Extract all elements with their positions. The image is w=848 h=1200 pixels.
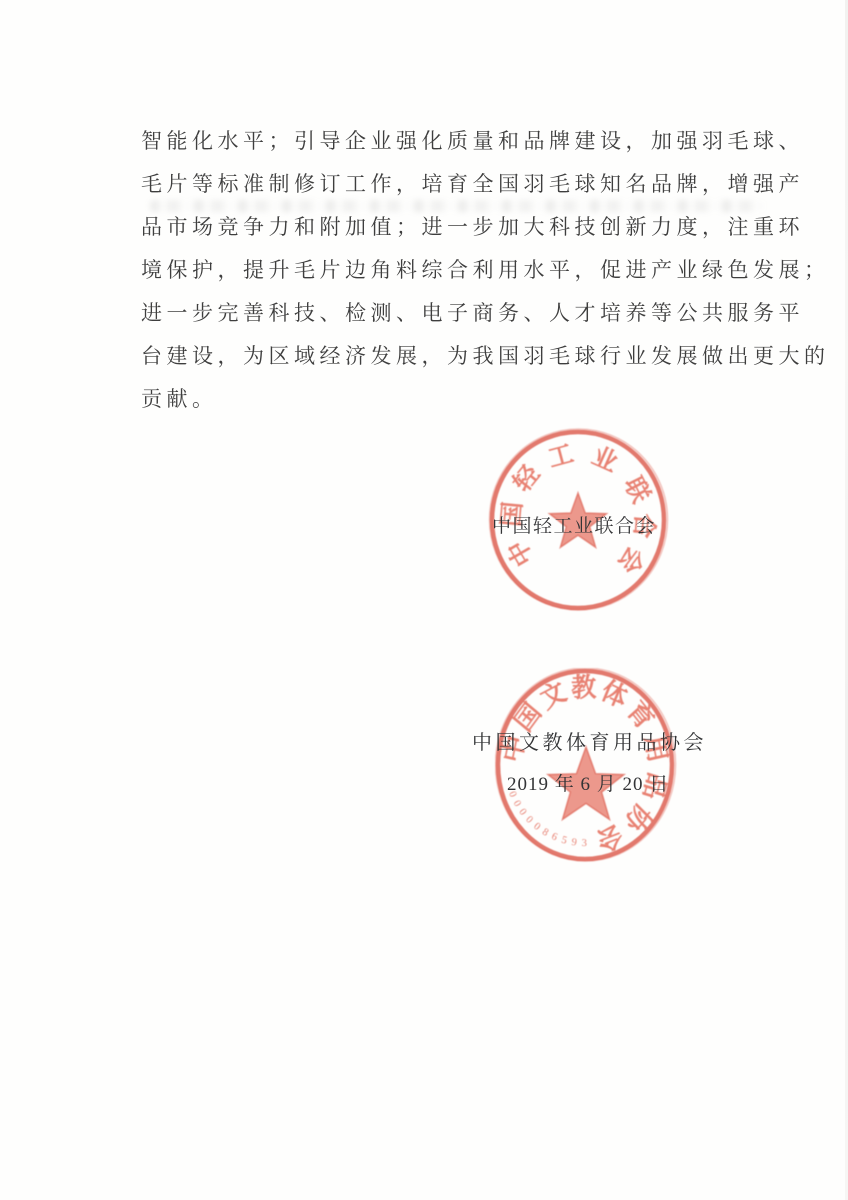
paragraph-line: 进一步完善科技、检测、电子商务、人才培养等公共服务平 [141, 292, 821, 335]
seal-arc-char: 中 [502, 535, 539, 571]
seal-serial-digit: 3 [582, 838, 587, 849]
seal-arc-char: 联 [619, 473, 655, 508]
seal-serial-digit: 0 [516, 807, 528, 818]
paragraph-line: 台建设，为区域经济发展，为我国羽毛球行业发展做出更大的 [141, 335, 821, 378]
seal-arc-char: 业 [588, 442, 622, 478]
seal-arc-char: 教 [571, 673, 597, 703]
body-paragraph: 智能化水平；引导企业强化质量和品牌建设，加强羽毛球、 毛片等标准制修订工作，培育… [141, 120, 821, 421]
seal-arc-char: 工 [545, 440, 576, 473]
seal-serial-digit: 8 [540, 827, 550, 839]
seal-serial-digit: 0 [531, 821, 542, 833]
scan-ghost-artifact [150, 200, 765, 212]
document-page: 智能化水平；引导企业强化质量和品牌建设，加强羽毛球、 毛片等标准制修订工作，培育… [0, 0, 848, 1200]
seal-arc-char: 协 [618, 798, 656, 839]
seal-serial-digit: 0 [523, 814, 535, 825]
paragraph-line: 境保护，提升毛片边角料综合利用水平，促进产业绿色发展； [141, 249, 821, 292]
stationery-sporting-goods-association-seal: 中 国 文 教 体 育 用 品 协 会 0 0 0 0 0 8 6 5 9 3 [495, 668, 677, 864]
signature-stationery-association: 中国文教体育用品协会 [472, 726, 707, 755]
paragraph-line: 品市场竞争力和附加值；进一步加大科技创新力度，注重环 [141, 206, 821, 249]
seal-serial-digit: 0 [511, 799, 523, 809]
signature-date: 2019 年 6 月 20 日 [507, 769, 669, 796]
paragraph-line: 智能化水平；引导企业强化质量和品牌建设，加强羽毛球、 [141, 120, 821, 163]
seal-serial-digit: 6 [550, 831, 559, 843]
signature-light-industry-council: 中国轻工业联合会 [492, 511, 656, 538]
seal-serial-digit: 5 [560, 835, 568, 847]
paragraph-line: 贡献。 [141, 378, 821, 421]
seal-serial-digit: 9 [571, 837, 578, 849]
